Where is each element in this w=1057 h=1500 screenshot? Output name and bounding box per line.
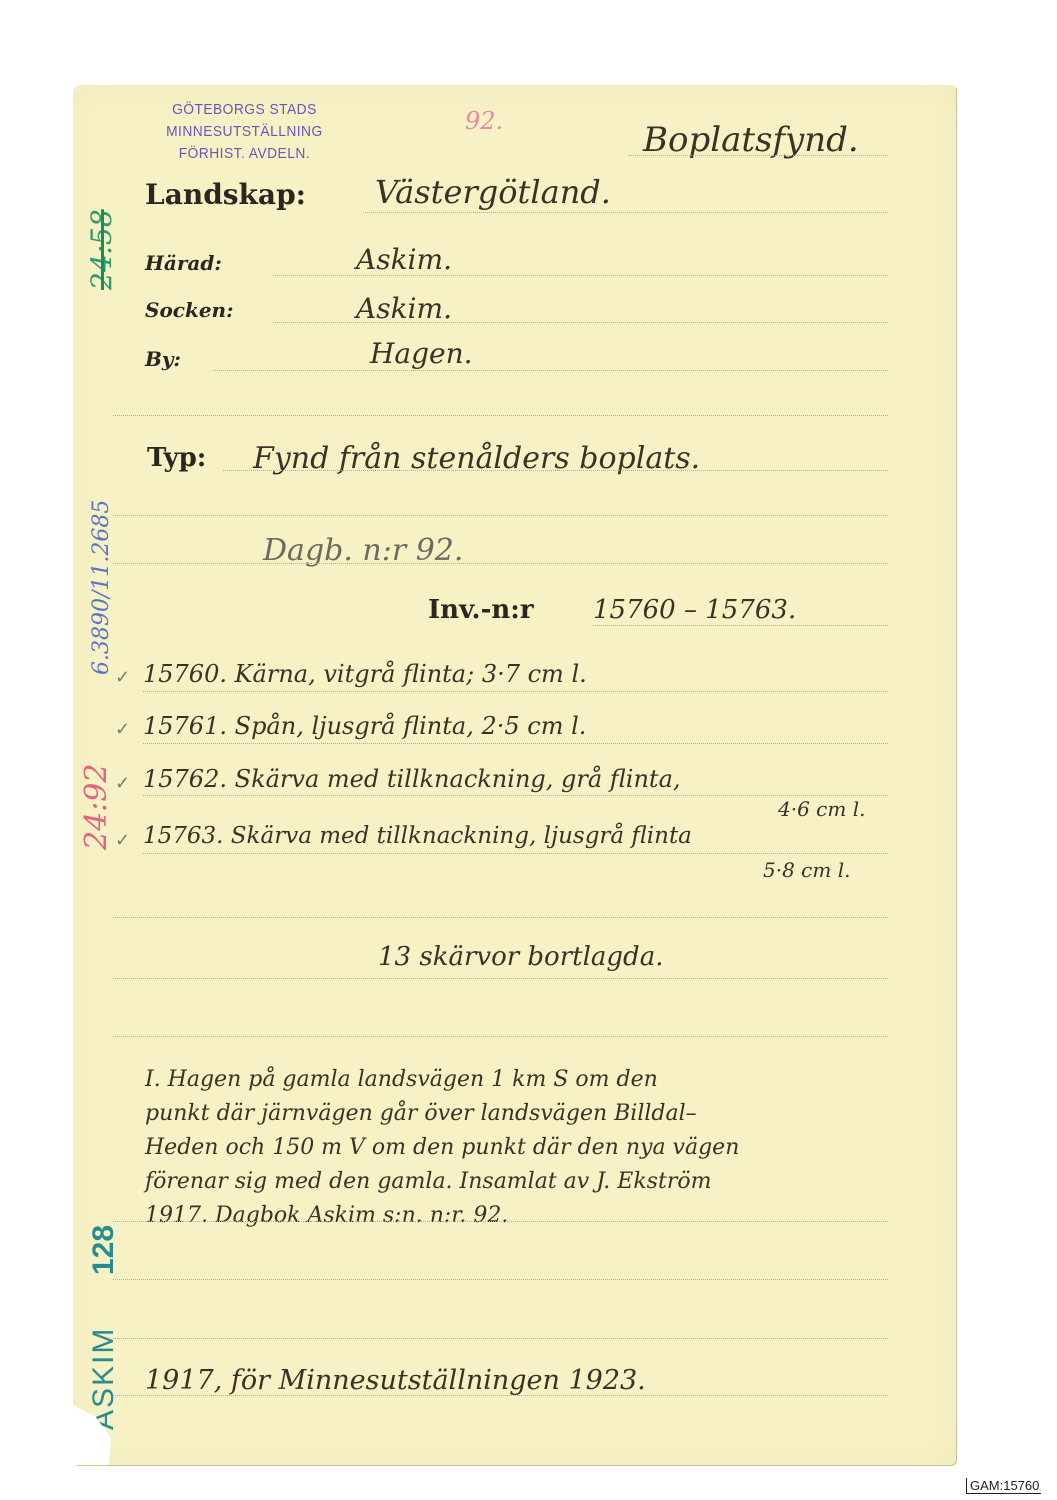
checkmark-icon: ✓ bbox=[115, 667, 130, 688]
harad-label: Härad: bbox=[145, 251, 222, 275]
landskap-value: Västergötland. bbox=[375, 173, 611, 211]
find-location-note: I. Hagen på gamla landsvägen 1 km S om d… bbox=[145, 1063, 965, 1233]
dotted-line bbox=[628, 155, 888, 156]
note-line: I. Hagen på gamla landsvägen 1 km S om d… bbox=[145, 1063, 965, 1097]
stamp-line: GÖTEBORGS STADS bbox=[157, 99, 332, 121]
socken-value: Askim. bbox=[356, 292, 452, 325]
note-line: 1917. Dagbok Askim s:n. n:r. 92. bbox=[145, 1199, 965, 1233]
margin-note-red: 24:92 bbox=[79, 764, 114, 850]
item-size: 4·6 cm l. bbox=[778, 797, 865, 821]
dotted-line bbox=[113, 415, 888, 416]
item-number: 15761. bbox=[143, 712, 227, 740]
dotted-line bbox=[213, 370, 888, 371]
checkmark-icon: ✓ bbox=[115, 830, 130, 851]
margin-note-number: 128 bbox=[87, 1225, 121, 1275]
item-row: 15761. Spån, ljusgrå flinta, 2·5 cm l. bbox=[143, 712, 586, 740]
dotted-line bbox=[223, 470, 888, 471]
dotted-line bbox=[113, 1221, 888, 1222]
margin-note-blue: 6.3890/11.2685 bbox=[89, 500, 114, 675]
item-description: Kärna, vitgrå flinta; 3·7 cm l. bbox=[235, 660, 587, 688]
landskap-label: Landskap: bbox=[145, 178, 306, 211]
catalog-id-label: GAM:15760 bbox=[966, 1478, 1041, 1494]
inv-value: 15760 – 15763. bbox=[593, 595, 796, 625]
dotted-line bbox=[143, 853, 888, 854]
checkmark-icon: ✓ bbox=[115, 773, 130, 794]
item-row: 15760. Kärna, vitgrå flinta; 3·7 cm l. bbox=[143, 660, 587, 688]
item-description: Skärva med tillknackning, ljusgrå flinta bbox=[231, 823, 692, 849]
item-row: 15762. Skärva med tillknackning, grå fli… bbox=[143, 765, 681, 793]
checkmark-icon: ✓ bbox=[115, 719, 130, 740]
item-number: 15763. bbox=[143, 823, 223, 849]
discarded-note: 13 skärvor bortlagda. bbox=[378, 942, 663, 972]
dotted-line bbox=[113, 1395, 888, 1396]
item-description: Skärva med tillknackning, grå flinta, bbox=[235, 765, 681, 793]
inv-label: Inv.-n:r bbox=[428, 595, 534, 625]
margin-note-green-struck: 24:58 bbox=[85, 209, 118, 290]
museum-stamp: GÖTEBORGS STADS MINNESUTSTÄLLNING FÖRHIS… bbox=[157, 99, 332, 165]
dotted-line bbox=[143, 795, 888, 796]
stamp-line: FÖRHIST. AVDELN. bbox=[157, 143, 332, 165]
item-description: Spån, ljusgrå flinta, 2·5 cm l. bbox=[235, 712, 587, 740]
dotted-line bbox=[113, 515, 888, 516]
item-row: 15763. Skärva med tillknackning, ljusgrå… bbox=[143, 823, 692, 849]
by-label: By: bbox=[145, 347, 181, 371]
dotted-line bbox=[113, 978, 888, 979]
dotted-line bbox=[273, 322, 888, 323]
acquisition-note: 1917, för Minnesutställningen 1923. bbox=[145, 1365, 646, 1396]
dotted-line bbox=[143, 691, 888, 692]
note-line: punkt där järnvägen går över landsvägen … bbox=[145, 1097, 965, 1131]
item-size: 5·8 cm l. bbox=[763, 858, 850, 882]
dotted-line bbox=[113, 563, 888, 564]
socken-label: Socken: bbox=[145, 298, 233, 322]
dotted-line bbox=[113, 917, 888, 918]
typ-label: Typ: bbox=[147, 443, 206, 473]
dotted-line bbox=[113, 1036, 888, 1037]
stamp-line: MINNESUTSTÄLLNING bbox=[157, 121, 332, 143]
dotted-line bbox=[113, 1338, 888, 1339]
card-category: Boplatsfynd. bbox=[643, 120, 859, 160]
catalog-card: GÖTEBORGS STADS MINNESUTSTÄLLNING FÖRHIS… bbox=[73, 85, 956, 1465]
by-value: Hagen. bbox=[370, 337, 473, 370]
dotted-line bbox=[273, 275, 888, 276]
dotted-line bbox=[143, 743, 888, 744]
diary-number-pink: 92. bbox=[465, 107, 503, 135]
dotted-line bbox=[363, 212, 888, 213]
item-number: 15760. bbox=[143, 660, 227, 688]
harad-value: Askim. bbox=[356, 243, 452, 276]
dotted-line bbox=[593, 625, 888, 626]
note-line: Heden och 150 m V om den punkt där den n… bbox=[145, 1131, 965, 1165]
note-line: förenar sig med den gamla. Insamlat av J… bbox=[145, 1165, 965, 1199]
dotted-line bbox=[113, 1279, 888, 1280]
margin-note-parish: ASKIM bbox=[87, 1327, 121, 1430]
item-number: 15762. bbox=[143, 765, 227, 793]
